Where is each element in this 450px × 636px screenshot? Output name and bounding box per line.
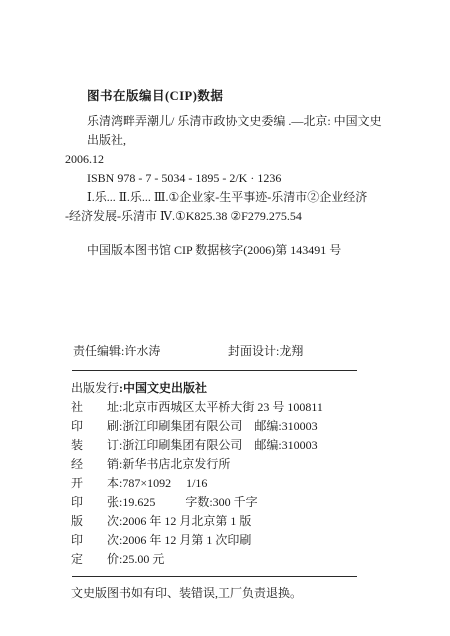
row-impression: 印次:2006 年 12 月第 1 次印刷 [65, 531, 392, 550]
divider-top [72, 370, 357, 371]
row-value: :19.625 字数:300 千字 [119, 493, 392, 512]
return-policy-note: 文史版图书如有印、装错误,工厂负责退换。 [65, 584, 392, 603]
cip-line-title-statement: 乐清湾畔弄潮儿/ 乐清市政协文史委编 .—北京: 中国文史出版社, [65, 112, 392, 150]
page-content: 图书在版编目(CIP)数据 乐清湾畔弄潮儿/ 乐清市政协文史委编 .—北京: 中… [65, 86, 392, 603]
row-printer: 印刷:浙江印刷集团有限公司 邮编:310003 [65, 417, 392, 436]
row-sheets: 印张:19.625 字数:300 千字 [65, 493, 392, 512]
row-value: :787×1092 1/16 [119, 474, 392, 493]
cover-designer: 封面设计:龙翔 [228, 342, 303, 361]
row-value: :2006 年 12 月北京第 1 版 [119, 512, 392, 531]
row-value: :25.00 元 [119, 550, 392, 569]
row-label: 社址 [71, 398, 119, 417]
divider-bottom [72, 576, 357, 577]
publication-info: 出版发行:中国文史出版社 社址:北京市西城区太平桥大街 23 号 100811 … [65, 379, 392, 569]
row-address: 社址:北京市西城区太平桥大街 23 号 100811 [65, 398, 392, 417]
row-format: 开本:787×1092 1/16 [65, 474, 392, 493]
row-edition: 版次:2006 年 12 月北京第 1 版 [65, 512, 392, 531]
row-publisher: 出版发行:中国文史出版社 [65, 379, 392, 398]
cip-line-isbn: ISBN 978 - 7 - 5034 - 1895 - 2/K · 1236 [65, 169, 392, 188]
row-value: :中国文史出版社 [119, 379, 392, 398]
copyright-page: 图书在版编目(CIP)数据 乐清湾畔弄潮儿/ 乐清市政协文史委编 .—北京: 中… [0, 0, 450, 636]
cip-record-number: 中国版本图书馆 CIP 数据核字(2006)第 143491 号 [65, 241, 392, 260]
row-value: :新华书店北京发行所 [119, 455, 392, 474]
row-distributor: 经销:新华书店北京发行所 [65, 455, 392, 474]
editors-row: 责任编辑:许水涛 封面设计:龙翔 [65, 342, 392, 361]
row-label: 印张 [71, 493, 119, 512]
responsible-editor: 责任编辑:许水涛 [65, 342, 228, 361]
row-label: 开本 [71, 474, 119, 493]
row-value: :浙江印刷集团有限公司 邮编:310003 [119, 417, 392, 436]
row-binding: 装订:浙江印刷集团有限公司 邮编:310003 [65, 436, 392, 455]
row-label: 印次 [71, 531, 119, 550]
row-label: 经销 [71, 455, 119, 474]
cip-line-classification-2: -经济发展-乐清市 Ⅳ.①K825.38 ②F279.275.54 [65, 207, 392, 226]
cip-heading: 图书在版编目(CIP)数据 [65, 86, 392, 106]
row-label: 定价 [71, 550, 119, 569]
row-value: :北京市西城区太平桥大街 23 号 100811 [119, 398, 392, 417]
row-label: 装订 [71, 436, 119, 455]
cip-line-pub-date: 2006.12 [65, 150, 392, 169]
row-value: :浙江印刷集团有限公司 邮编:310003 [119, 436, 392, 455]
cip-block: 乐清湾畔弄潮儿/ 乐清市政协文史委编 .—北京: 中国文史出版社, 2006.1… [65, 112, 392, 226]
row-label: 版次 [71, 512, 119, 531]
row-value: :2006 年 12 月第 1 次印刷 [119, 531, 392, 550]
row-label: 印刷 [71, 417, 119, 436]
row-price: 定价:25.00 元 [65, 550, 392, 569]
row-label: 出版发行 [71, 379, 119, 398]
cip-line-classification-1: Ⅰ.乐... Ⅱ.乐... Ⅲ.①企业家-生平事迹-乐清市②企业经济 [65, 188, 392, 207]
